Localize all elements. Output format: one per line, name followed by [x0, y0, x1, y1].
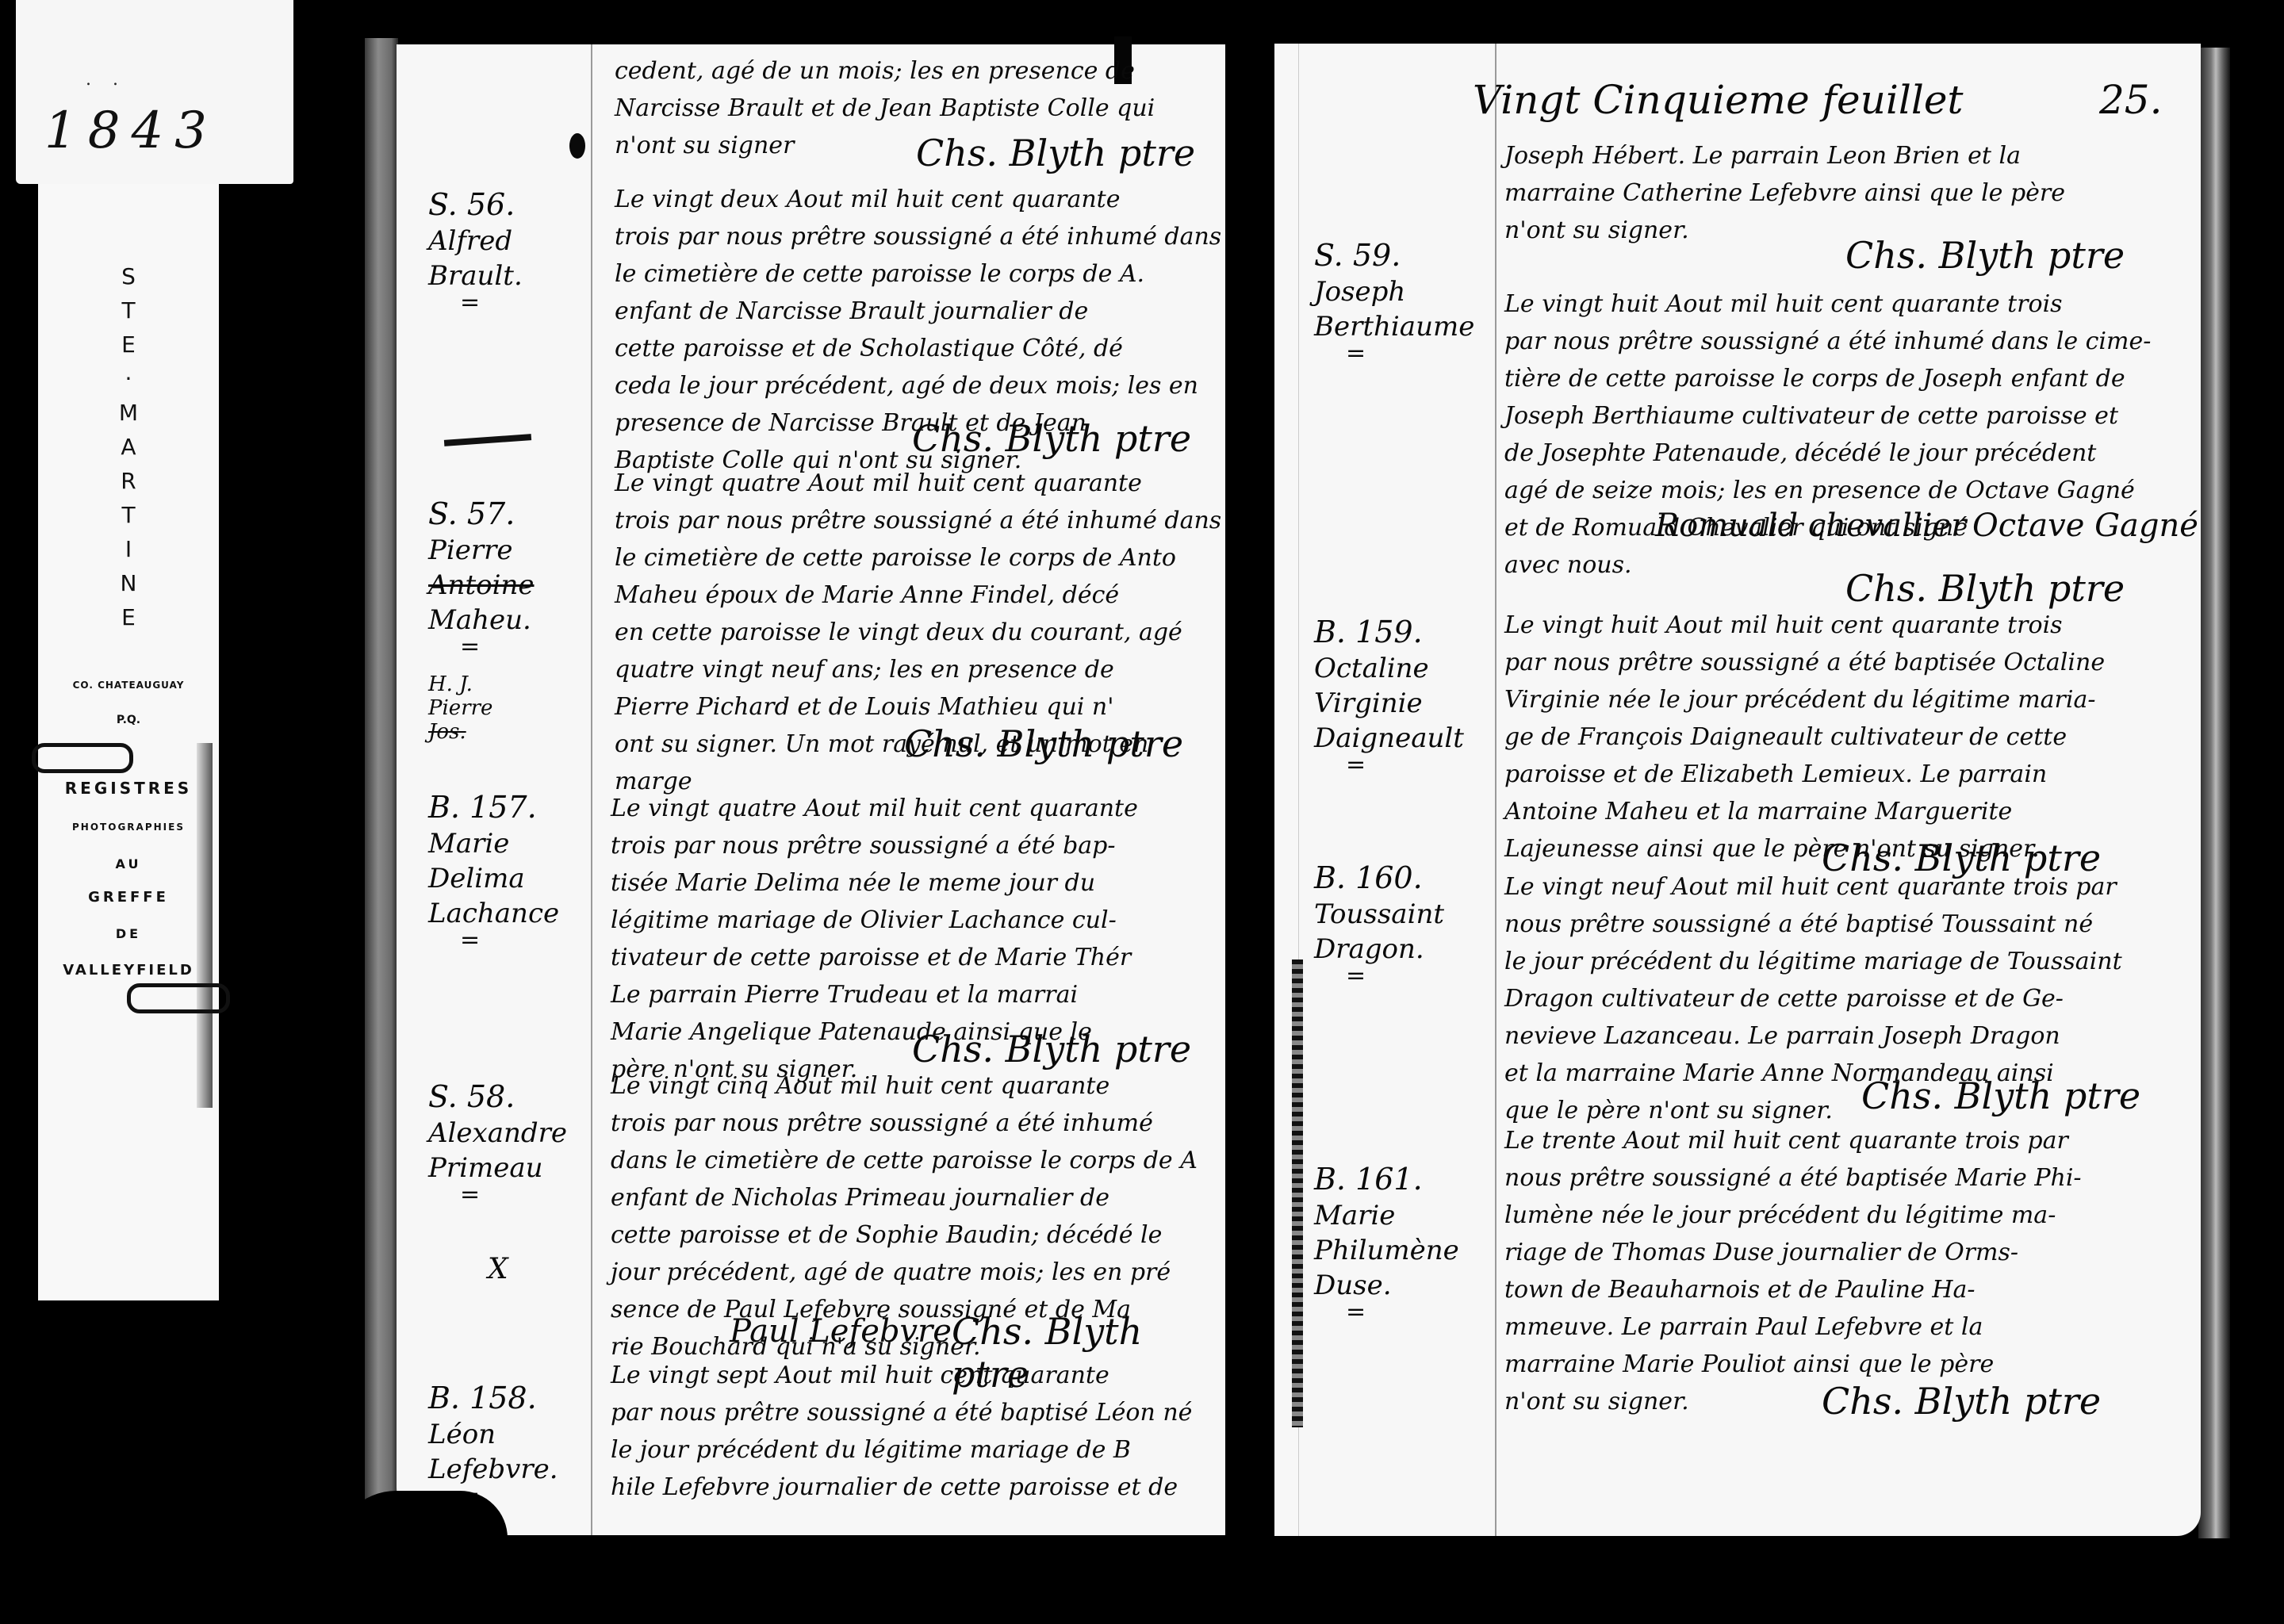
entry-mark: =	[1314, 967, 1444, 986]
entry-label-b157: B. 157. Marie Delima Lachance =	[428, 790, 559, 950]
entry-name-line: Maheu.	[428, 604, 531, 636]
book-binding-left	[365, 38, 398, 1537]
entry-name-line: Delima	[428, 863, 525, 894]
entry-name-line: Alfred	[428, 225, 512, 257]
entry-name-line: Joseph	[1314, 276, 1405, 308]
parish-letter: E	[38, 327, 219, 362]
witness-signature: Paul Lefebvre	[730, 1313, 952, 1350]
witness-signature: Octave Gagné	[1972, 507, 2198, 544]
entry-name-line: Marie	[428, 828, 509, 860]
folio-header: Vingt Cinquieme feuillet	[1473, 77, 1964, 123]
entry-number: S. 59.	[1314, 238, 1401, 273]
entry-label-b159: B. 159. Octaline Virginie Daigneault =	[1314, 615, 1464, 775]
entry-text-b159: Le vingt huit Aout mil huit cent quarant…	[1504, 607, 2105, 868]
entry-label-b158: B. 158. Léon Lefebvre. =	[428, 1381, 558, 1506]
parish-letter: E	[38, 600, 219, 634]
page-stain	[1292, 959, 1303, 1427]
county-label: CO. CHATEAUGUAY	[38, 680, 219, 691]
entry-name-line: Duse.	[1314, 1270, 1392, 1301]
entry-mark: =	[1314, 756, 1464, 775]
entry-number: S. 56.	[428, 187, 515, 222]
register-year: 1843	[44, 101, 218, 160]
entry-mark: =	[428, 293, 523, 312]
entry-name-line: Virginie	[1314, 688, 1423, 719]
priest-signature: Chs. Blyth ptre	[912, 1028, 1191, 1071]
parish-letter: M	[38, 396, 219, 430]
parish-letter: S	[38, 259, 219, 293]
entry-name-line: Dragon.	[1314, 933, 1424, 965]
ink-smudge	[444, 434, 531, 446]
entry-mark: =	[428, 931, 559, 950]
folio-number: 25.	[2099, 77, 2163, 123]
entry-number: B. 158.	[428, 1381, 537, 1415]
entry-name-line: Antoine	[428, 569, 534, 601]
entry-mark: =	[428, 638, 534, 657]
book-binding-right	[2198, 48, 2230, 1538]
parish-letter: ·	[38, 362, 219, 396]
stamp-line: GREFFE	[38, 889, 219, 906]
paperclip-icon	[32, 743, 133, 773]
priest-signature: Chs. Blyth ptre	[916, 132, 1195, 174]
entry-name-line: Octaline	[1314, 653, 1429, 684]
entry-name-line: Primeau	[428, 1152, 543, 1184]
province-label: P.Q.	[38, 714, 219, 726]
entry-name-line: Berthiaume	[1314, 311, 1474, 343]
entry-number: S. 57.	[428, 496, 515, 531]
stamp-line: AU	[38, 856, 219, 871]
parish-letter: T	[38, 498, 219, 532]
entry-number: B. 159.	[1314, 615, 1423, 649]
stamp-line: PHOTOGRAPHIES	[38, 822, 219, 833]
margin-note: H. J.	[428, 672, 534, 696]
stamp-line: REGISTRES	[38, 779, 219, 798]
priest-signature: Chs. Blyth ptre	[912, 417, 1191, 460]
entry-name-line: Léon	[428, 1419, 496, 1450]
entry-number: S. 58.	[428, 1079, 515, 1114]
entry-name-line: Toussaint	[1314, 898, 1444, 930]
parish-letter: R	[38, 464, 219, 498]
margin-rule	[1495, 44, 1496, 1536]
priest-signature: Chs. Blyth ptre	[1822, 1380, 2101, 1423]
entry-name-line: Alexandre	[428, 1117, 567, 1149]
archive-stamp: REGISTRES PHOTOGRAPHIES AU GREFFE DE VAL…	[38, 779, 219, 979]
entry-name-line: Pierre	[428, 534, 513, 566]
entry-name-line: Marie	[1314, 1200, 1395, 1231]
priest-signature: Chs. Blyth ptre	[1845, 234, 2125, 277]
entry-label-b160: B. 160. Toussaint Dragon. =	[1314, 860, 1444, 986]
margin-rule	[591, 44, 592, 1535]
entry-label-s58: S. 58. Alexandre Primeau = X	[428, 1079, 567, 1287]
entry-label-b161: B. 161. Marie Philumène Duse. =	[1314, 1162, 1459, 1322]
priest-signature: Chs. Blyth ptre	[1845, 567, 2125, 610]
parish-letter: I	[38, 532, 219, 566]
entry-text-b158: Le vingt sept Aout mil huit cent quarant…	[611, 1357, 1192, 1506]
pencil-marks: . .	[86, 70, 126, 90]
entry-name-line: Philumène	[1314, 1235, 1459, 1266]
entry-number: B. 157.	[428, 790, 537, 825]
entry-text-b161: Le trente Aout mil huit cent quarante tr…	[1504, 1122, 2082, 1420]
stamp-line: VALLEYFIELD	[38, 962, 219, 979]
witness-signature: Romuald chevallier	[1655, 507, 1966, 544]
entry-name-line: Lachance	[428, 898, 559, 929]
stamp-line: DE	[38, 926, 219, 941]
parish-name: S T E · M A R T I N E	[38, 259, 219, 634]
entry-label-s56: S. 56. Alfred Brault. =	[428, 187, 523, 312]
ink-blot	[569, 133, 585, 159]
entry-continuation-text: Joseph Hébert. Le parrain Leon Brien et …	[1504, 137, 2065, 249]
register-page-left: cedent, agé de un mois; les en presence …	[397, 44, 1225, 1535]
parish-letter: A	[38, 430, 219, 464]
entry-label-s59: S. 59. Joseph Berthiaume =	[1314, 238, 1474, 363]
date-label-card: . . 1843	[16, 0, 293, 184]
parish-letter: T	[38, 293, 219, 327]
entry-number: B. 160.	[1314, 860, 1423, 895]
entry-number: B. 161.	[1314, 1162, 1423, 1197]
priest-signature: Chs. Blyth ptre	[1861, 1074, 2140, 1117]
entry-name-line: Daigneault	[1314, 722, 1464, 754]
entry-name-line: Lefebvre.	[428, 1454, 558, 1485]
margin-note: Jos.	[428, 720, 534, 744]
paperclip-icon	[127, 983, 230, 1013]
parish-label-strip: S T E · M A R T I N E CO. CHATEAUGUAY P.…	[38, 184, 219, 1300]
scan-shadow	[333, 1491, 508, 1624]
margin-note: Pierre	[428, 696, 534, 720]
entry-name-line: Brault.	[428, 260, 523, 292]
priest-signature: Chs. Blyth ptre	[904, 722, 1183, 765]
entry-mark: =	[1314, 344, 1474, 363]
entry-mark: =	[428, 1185, 567, 1205]
entry-mark: =	[1314, 1303, 1459, 1322]
entry-label-s57: S. 57. Pierre Antoine Maheu. = H. J. Pie…	[428, 496, 534, 744]
parish-letter: N	[38, 566, 219, 600]
margin-note: X	[428, 1252, 567, 1287]
register-page-right: Vingt Cinquieme feuillet 25. Joseph Hébe…	[1274, 44, 2201, 1536]
